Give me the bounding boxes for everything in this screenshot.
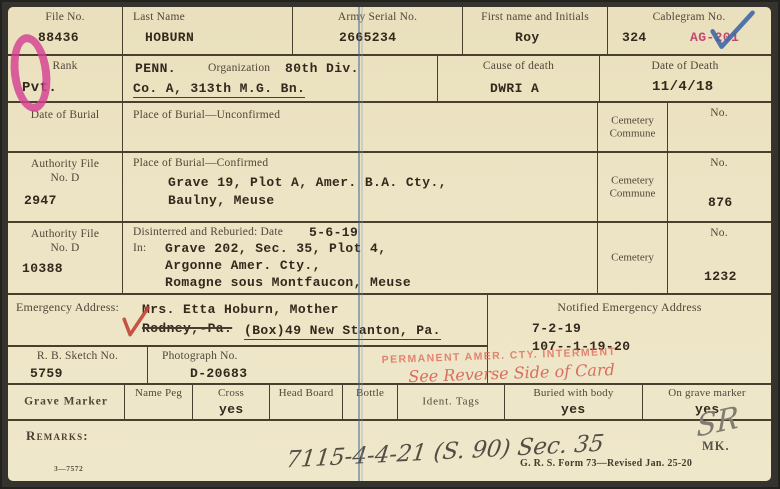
sketch-cell: R. B. Sketch No. 5759 [8,347,148,383]
reburial-in-label: In: [133,242,146,254]
cross-cell: Cross yes [193,385,270,419]
burial-confirmed-row: Authority File No. D 2947 Place of Buria… [8,153,771,223]
file-no-value: 88436 [38,30,79,45]
date-of-death-cell: Date of Death 11/4/18 [600,56,770,101]
ident-tags-cell: Ident. Tags [398,385,505,419]
place-confirmed-line1: Grave 19, Plot A, Amer. B.A. Cty., [168,175,447,190]
red-check-icon [119,303,151,341]
form-reference: G. R. S. Form 73—Revised Jan. 25-20 [520,458,692,469]
reburial-line1: Grave 202, Sec. 35, Plot 4, [165,241,386,256]
date-of-death-value: 11/4/18 [652,79,714,95]
place-confirmed-line2: Baulny, Meuse [168,193,275,208]
blue-check-icon [705,4,759,56]
cemetery-commune-label-2: Cemetery Commune [598,174,667,199]
cablegram-number: 324 [622,30,647,45]
serial-label: Army Serial No. [293,11,462,23]
no-cell-3: No. 1232 [668,223,770,293]
organization-cell: PENN. Organization 80th Div. Co. A, 313t… [123,56,438,101]
last-name-value: HOBURN [145,30,194,45]
rank-row: Rank Pvt. PENN. Organization 80th Div. C… [8,56,771,103]
cause-of-death-value: DWRI A [490,81,539,96]
reburial-head-label: Disinterred and Reburied: Date [133,226,283,238]
first-name-value: Roy [515,30,540,45]
emergency-address-cell: Emergency Address: Mrs. Etta Hoburn, Mot… [8,295,487,347]
authority-no-2: 10388 [22,261,63,276]
header-row: File No. 88436 Last Name HOBURN Army Ser… [8,7,771,56]
buried-with-body-label: Buried with body [505,387,642,399]
grave-marker-label: Grave Marker [8,395,124,408]
sketch-label: R. B. Sketch No. [8,350,147,362]
serial-cell: Army Serial No. 2665234 [293,7,463,54]
reburial-row: Authority File No. D 10388 Disinterred a… [8,223,771,295]
no-label-3: No. [668,227,770,239]
division-value: 80th Div. [285,61,359,76]
photo-label: Photograph No. [162,350,238,362]
date-of-burial-label: Date of Burial [8,109,122,121]
last-name-cell: Last Name HOBURN [123,7,293,54]
state-value: PENN. [135,61,176,76]
remarks-label: Remarks: [26,428,89,444]
no-value-3: 1232 [704,269,737,284]
burial-unconfirmed-row: Date of Burial Place of Burial—Unconfirm… [8,103,771,153]
date-of-burial-cell: Date of Burial [8,103,123,151]
cemetery-label-3: Cemetery [598,252,667,265]
authority-label-2: Authority File No. D [8,228,122,256]
mk-stamp: MK. [702,439,730,454]
no-cell-2: No. 876 [668,153,770,221]
reburial-line2: Argonne Amer. Cty., [165,258,321,273]
authority-no-1: 2947 [24,193,57,208]
first-name-cell: First name and Initials Roy [463,7,608,54]
notified-line1: 7-2-19 [532,321,581,336]
cemetery-commune-cell-1: Cemetery Commune [598,103,668,151]
buried-with-body-cell: Buried with body yes [505,385,643,419]
reburial-line3: Romagne sous Montfaucon, Meuse [165,275,411,290]
head-board-label: Head Board [270,387,342,399]
cause-of-death-label: Cause of death [438,60,599,72]
ident-tags-label: Ident. Tags [398,396,504,409]
form-number: 3—7572 [54,464,83,473]
fold-crease-line-light [361,7,363,481]
bottle-label: Bottle [343,387,397,399]
date-of-death-label: Date of Death [600,60,770,72]
cemetery-cell-3: Cemetery [598,223,668,293]
photo-value: D-20683 [190,366,247,381]
burial-card: File No. 88436 Last Name HOBURN Army Ser… [8,7,771,481]
file-no-label: File No. [8,11,122,23]
on-grave-marker-label: On grave marker [643,387,771,399]
authority-label-1: Authority File No. D [8,158,122,186]
reburial-date: 5-6-19 [309,225,358,240]
emergency-address-label: Emergency Address: [16,300,119,315]
notified-address-label: Notified Emergency Address [488,300,771,315]
name-peg-label: Name Peg [125,387,192,399]
no-cell-1: No. [668,103,770,151]
head-board-cell: Head Board [270,385,343,419]
cross-value: yes [219,402,244,417]
sketch-value: 5759 [30,366,63,381]
no-label-1: No. [668,107,770,119]
name-peg-cell: Name Peg [125,385,193,419]
serial-value: 2665234 [339,30,396,45]
place-unconfirmed-label: Place of Burial—Unconfirmed [133,109,280,121]
cause-of-death-cell: Cause of death DWRI A [438,56,600,101]
cemetery-commune-label-1: Cemetery Commune [598,114,667,139]
authority-cell-2: Authority File No. D 10388 [8,223,123,293]
grave-marker-label-cell: Grave Marker [8,385,125,419]
unit-value: Co. A, 313th M.G. Bn. [133,81,305,98]
emergency-line1: Mrs. Etta Hoburn, Mother [142,302,339,317]
last-name-label: Last Name [133,11,185,23]
cross-label: Cross [193,387,269,399]
emergency-struck-address: Rodney,-Pa. [142,321,232,336]
no-label-2: No. [668,157,770,169]
bottle-cell: Bottle [343,385,398,419]
place-confirmed-label: Place of Burial—Confirmed [133,157,268,169]
organization-label: Organization [208,62,270,74]
first-name-label: First name and Initials [463,11,607,23]
buried-with-body-value: yes [561,402,586,417]
emergency-line2: (Box)49 New Stanton, Pa. [244,323,441,340]
no-value-2: 876 [708,195,733,210]
scan-background: File No. 88436 Last Name HOBURN Army Ser… [0,0,780,489]
authority-cell-1: Authority File No. D 2947 [8,153,123,221]
remarks-row: Remarks: 3—7572 7115-4-4-21 (S. 90) Sec.… [8,421,771,481]
cemetery-commune-cell-2: Cemetery Commune [598,153,668,221]
grave-marker-row: Grave Marker Name Peg Cross yes Head Boa… [8,385,771,421]
